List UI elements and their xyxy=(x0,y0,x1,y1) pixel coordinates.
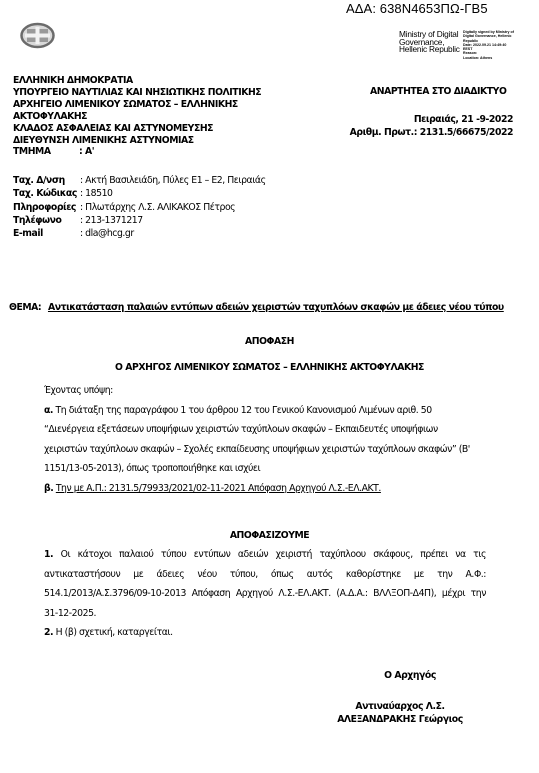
signature-name: ΑΛΕΞΑΝΔΡΑΚΗΣ Γεώργιος xyxy=(300,714,500,725)
publish-note: ΑΝΑΡΤΗΤΕΑ ΣΤΟ ΔΙΑΔΙΚΤΥΟ xyxy=(370,86,506,97)
ada-number: ΑΔΑ: 638Ν4653ΠΩ-ΓΒ5 xyxy=(346,1,488,16)
section-row: ΤΜΗΜΑ : Α' xyxy=(13,146,261,158)
signature-rank: Αντιναύαρχος Λ.Σ. xyxy=(320,701,480,712)
digital-signature-organization: Ministry of Digital Governance, Hellenic… xyxy=(399,31,460,54)
header-line: ΔΙΕΥΘΥΝΣΗ ΛΙΜΕΝΙΚΗΣ ΑΣΤΥΝΟΜΙΑΣ xyxy=(13,135,261,147)
subject-label: ΘΕΜΑ: xyxy=(9,302,41,313)
greek-coat-of-arms-icon xyxy=(19,22,56,49)
document-date: Πειραιάς, 21 -9-2022 xyxy=(414,114,513,125)
header-line: ΑΚΤΟΦΥΛΑΚΗΣ xyxy=(13,111,261,123)
decisions-section: 1. Οι κάτοχοι παλαιού τύπου εντύπων αδει… xyxy=(44,545,486,643)
considering-section: Έχοντας υπόψη: α. Τη διάταξη της παραγρά… xyxy=(44,381,484,499)
header-line: ΥΠΟΥΡΓΕΙΟ ΝΑΥΤΙΛΙΑΣ ΚΑΙ ΝΗΣΙΩΤΙΚΗΣ ΠΟΛΙΤ… xyxy=(13,87,261,99)
section-value: : Α' xyxy=(79,146,94,158)
we-decide-title: ΑΠΟΦΑΣΙΖΟΥΜΕ xyxy=(0,530,539,541)
contact-row-postcode: Ταχ. Κώδικας : 18510 xyxy=(13,187,266,200)
decision-item-2: 2. Η (β) σχετική, καταργείται. xyxy=(44,623,486,643)
issuing-authority-header: ΕΛΛΗΝΙΚΗ ΔΗΜΟΚΡΑΤΙΑ ΥΠΟΥΡΓΕΙΟ ΝΑΥΤΙΛΙΑΣ … xyxy=(13,75,261,158)
header-line: ΕΛΛΗΝΙΚΗ ΔΗΜΟΚΡΑΤΙΑ xyxy=(13,75,261,87)
section-label: ΤΜΗΜΑ xyxy=(13,146,79,158)
considering-item-a: α. Τη διάταξη της παραγράφου 1 του άρθρο… xyxy=(44,401,484,421)
considering-intro: Έχοντας υπόψη: xyxy=(44,381,484,401)
considering-item-b: β. Την με Α.Π.: 2131.5/79933/2021/02-11-… xyxy=(44,479,484,499)
protocol-number: Αριθμ. Πρωτ.: 2131.5/66675/2022 xyxy=(350,127,513,138)
contact-row-information: Πληροφορίες : Πλωτάρχης Λ.Σ. ΑΛΙΚΑΚΟΣ Πέ… xyxy=(13,201,266,214)
decision-item-1: 1. Οι κάτοχοι παλαιού τύπου εντύπων αδει… xyxy=(44,545,486,565)
contact-row-phone: Τηλέφωνο : 213-1371217 xyxy=(13,214,266,227)
subject-text: Αντικατάσταση παλαιών εντύπων αδειών χει… xyxy=(48,302,504,313)
signature-role: Ο Αρχηγός xyxy=(330,670,490,681)
decision-title: ΑΠΟΦΑΣΗ xyxy=(0,336,539,347)
contact-row-email: E-mail : dla@hcg.gr xyxy=(13,227,266,240)
email-link[interactable]: : dla@hcg.gr xyxy=(80,227,134,240)
issuer-title: Ο ΑΡΧΗΓΟΣ ΛΙΜΕΝΙΚΟΥ ΣΩΜΑΤΟΣ – ΕΛΛΗΝΙΚΗΣ … xyxy=(0,362,539,373)
subject-line: ΘΕΜΑ: Αντικατάσταση παλαιών εντύπων αδει… xyxy=(9,302,504,313)
contact-row-address: Ταχ. Δ/νση : Ακτή Βασιλειάδη, Πύλες Ε1 –… xyxy=(13,174,266,187)
contact-info: Ταχ. Δ/νση : Ακτή Βασιλειάδη, Πύλες Ε1 –… xyxy=(13,174,266,240)
digital-signature-details: Digitally signed by Ministry of Digital … xyxy=(463,30,514,60)
header-line: ΚΛΑΔΟΣ ΑΣΦΑΛΕΙΑΣ ΚΑΙ ΑΣΤΥΝΟΜΕΥΣΗΣ xyxy=(13,123,261,135)
header-line: ΑΡΧΗΓΕΙΟ ΛΙΜΕΝΙΚΟΥ ΣΩΜΑΤΟΣ – ΕΛΛΗΝΙΚΗΣ xyxy=(13,99,261,111)
